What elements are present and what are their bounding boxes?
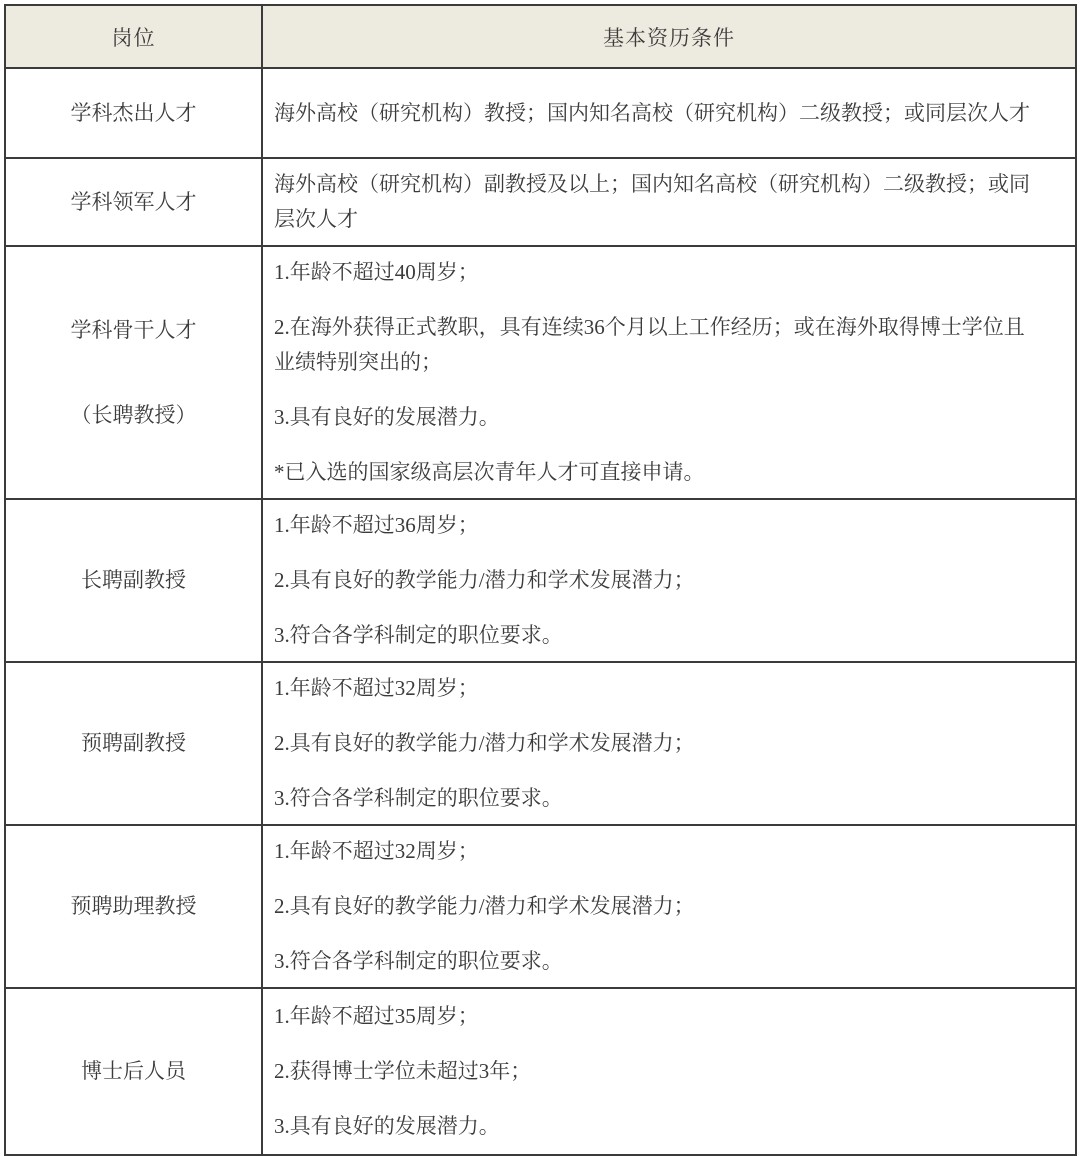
condition-item: 1.年龄不超过32周岁； bbox=[274, 834, 1039, 869]
qualifications-cell: 1.年龄不超过32周岁；2.具有良好的教学能力/潜力和学术发展潜力；3.符合各学… bbox=[262, 825, 1076, 988]
position-cell: 学科骨干人才（长聘教授） bbox=[5, 246, 262, 499]
condition-item: 3.具有良好的发展潜力。 bbox=[274, 1109, 1039, 1144]
position-label: 学科杰出人才 bbox=[10, 96, 257, 131]
table-row: 学科领军人才海外高校（研究机构）副教授及以上；国内知名高校（研究机构）二级教授；… bbox=[5, 158, 1076, 246]
condition-item: 海外高校（研究机构）副教授及以上；国内知名高校（研究机构）二级教授；或同层次人才 bbox=[274, 167, 1039, 237]
condition-item: 2.在海外获得正式教职，具有连续36个月以上工作经历；或在海外取得博士学位且业绩… bbox=[274, 310, 1039, 380]
table-body: 学科杰出人才海外高校（研究机构）教授；国内知名高校（研究机构）二级教授；或同层次… bbox=[5, 68, 1076, 1155]
column-header-position: 岗位 bbox=[5, 5, 262, 68]
column-header-qualifications: 基本资历条件 bbox=[262, 5, 1076, 68]
condition-item: *已入选的国家级高层次青年人才可直接申请。 bbox=[274, 455, 1039, 490]
header-row: 岗位 基本资历条件 bbox=[5, 5, 1076, 68]
qualifications-cell: 1.年龄不超过32周岁；2.具有良好的教学能力/潜力和学术发展潜力；3.符合各学… bbox=[262, 662, 1076, 825]
position-label: 博士后人员 bbox=[10, 1054, 257, 1089]
condition-item: 3.符合各学科制定的职位要求。 bbox=[274, 781, 1039, 816]
condition-item: 2.具有良好的教学能力/潜力和学术发展潜力； bbox=[274, 563, 1039, 598]
position-label: 学科领军人才 bbox=[10, 185, 257, 220]
condition-item: 1.年龄不超过40周岁； bbox=[274, 255, 1039, 290]
position-cell: 长聘副教授 bbox=[5, 499, 262, 662]
qualifications-cell: 1.年龄不超过40周岁；2.在海外获得正式教职，具有连续36个月以上工作经历；或… bbox=[262, 246, 1076, 499]
position-label: 长聘副教授 bbox=[10, 563, 257, 598]
condition-item: 3.具有良好的发展潜力。 bbox=[274, 400, 1039, 435]
table-row: 学科杰出人才海外高校（研究机构）教授；国内知名高校（研究机构）二级教授；或同层次… bbox=[5, 68, 1076, 158]
qualifications-cell: 1.年龄不超过35周岁；2.获得博士学位未超过3年；3.具有良好的发展潜力。 bbox=[262, 988, 1076, 1155]
position-cell: 学科领军人才 bbox=[5, 158, 262, 246]
condition-item: 2.具有良好的教学能力/潜力和学术发展潜力； bbox=[274, 726, 1039, 761]
table-row: 预聘副教授1.年龄不超过32周岁；2.具有良好的教学能力/潜力和学术发展潜力；3… bbox=[5, 662, 1076, 825]
document-page: 岗位 基本资历条件 学科杰出人才海外高校（研究机构）教授；国内知名高校（研究机构… bbox=[0, 0, 1080, 1145]
table-row: 长聘副教授1.年龄不超过36周岁；2.具有良好的教学能力/潜力和学术发展潜力；3… bbox=[5, 499, 1076, 662]
condition-item: 3.符合各学科制定的职位要求。 bbox=[274, 618, 1039, 653]
position-label: 学科骨干人才 bbox=[10, 313, 257, 348]
position-label: 预聘助理教授 bbox=[10, 889, 257, 924]
qualifications-cell: 海外高校（研究机构）教授；国内知名高校（研究机构）二级教授；或同层次人才 bbox=[262, 68, 1076, 158]
qualifications-cell: 海外高校（研究机构）副教授及以上；国内知名高校（研究机构）二级教授；或同层次人才 bbox=[262, 158, 1076, 246]
table-row: 博士后人员1.年龄不超过35周岁；2.获得博士学位未超过3年；3.具有良好的发展… bbox=[5, 988, 1076, 1155]
table-row: 预聘助理教授1.年龄不超过32周岁；2.具有良好的教学能力/潜力和学术发展潜力；… bbox=[5, 825, 1076, 988]
qualification-table: 岗位 基本资历条件 学科杰出人才海外高校（研究机构）教授；国内知名高校（研究机构… bbox=[4, 4, 1077, 1156]
condition-item: 1.年龄不超过36周岁； bbox=[274, 508, 1039, 543]
condition-item: 2.获得博士学位未超过3年； bbox=[274, 1054, 1039, 1089]
qualifications-cell: 1.年龄不超过36周岁；2.具有良好的教学能力/潜力和学术发展潜力；3.符合各学… bbox=[262, 499, 1076, 662]
condition-item: 3.符合各学科制定的职位要求。 bbox=[274, 944, 1039, 979]
position-cell: 预聘副教授 bbox=[5, 662, 262, 825]
position-label: （长聘教授） bbox=[10, 398, 257, 433]
position-cell: 预聘助理教授 bbox=[5, 825, 262, 988]
position-cell: 博士后人员 bbox=[5, 988, 262, 1155]
condition-item: 1.年龄不超过32周岁； bbox=[274, 671, 1039, 706]
condition-item: 海外高校（研究机构）教授；国内知名高校（研究机构）二级教授；或同层次人才 bbox=[274, 96, 1039, 131]
condition-item: 1.年龄不超过35周岁； bbox=[274, 999, 1039, 1034]
position-cell: 学科杰出人才 bbox=[5, 68, 262, 158]
condition-item: 2.具有良好的教学能力/潜力和学术发展潜力； bbox=[274, 889, 1039, 924]
position-label: 预聘副教授 bbox=[10, 726, 257, 761]
table-row: 学科骨干人才（长聘教授）1.年龄不超过40周岁；2.在海外获得正式教职，具有连续… bbox=[5, 246, 1076, 499]
